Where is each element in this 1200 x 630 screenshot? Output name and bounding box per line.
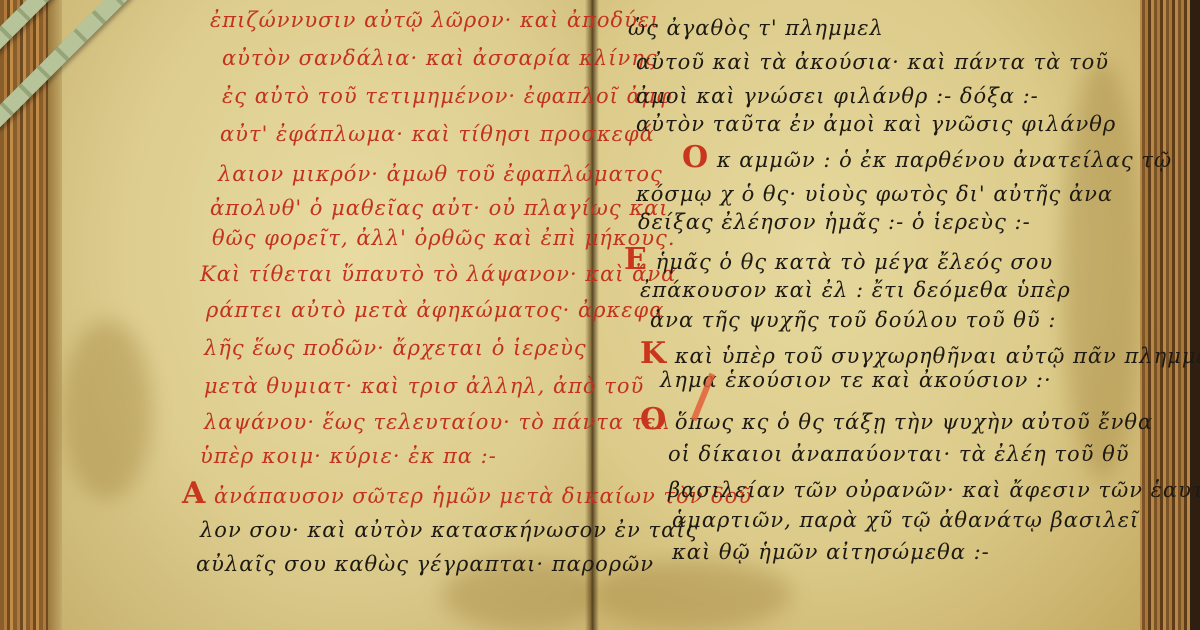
text-line: ράπτει αὐτὸ μετὰ ἀφηκώματος· ἀρκεφα bbox=[206, 298, 664, 322]
text-line: κ αμμῶν : ὁ ἐκ παρθένου ἀνατείλας τῷ bbox=[717, 148, 1172, 172]
background-shadow bbox=[1190, 0, 1200, 630]
text-line: καὶ ὑπὲρ τοῦ συγχωρηθῆναι αὐτῷ πᾶν πλημμ… bbox=[675, 344, 1200, 368]
rubric-initial: Ε bbox=[624, 242, 648, 277]
text-line: ἐπιζώννυσιν αὐτῷ λῶρον· καὶ ἀποδύει bbox=[210, 8, 659, 32]
text-line: ἡμᾶς ὁ θς κατὰ τὸ μέγα ἔλεός σου bbox=[656, 250, 1054, 274]
rubric-initial: Ο bbox=[682, 140, 709, 175]
text-line: Καὶ τίθεται ὕπαυτὸ τὸ λάψανον· καὶ ἄνα bbox=[200, 262, 676, 286]
water-stain bbox=[62, 320, 152, 500]
text-line: κόσμῳ χ ὁ θς· υἱοὺς φωτὸς δι' αὐτῆς ἀνα bbox=[636, 182, 1113, 206]
text-line-with-initial: Α ἀνάπαυσον σῶτερ ἡμῶν μετὰ δικαίων τὸν … bbox=[182, 476, 752, 511]
text-line: αὐτοῦ καὶ τὰ ἀκούσια· καὶ πάντα τὰ τοῦ bbox=[636, 50, 1109, 74]
text-line: δείξας ἐλέησον ἡμᾶς :- ὁ ἱερεὺς :- bbox=[638, 210, 1031, 234]
text-line: ὡς ἀγαθὸς τ' πλημμελ bbox=[628, 16, 884, 40]
text-line-with-initial: Ο ὅπως κς ὁ θς τάξῃ τὴν ψυχὴν αὐτοῦ ἔνθα bbox=[640, 402, 1153, 437]
text-line: ἀμοὶ καὶ γνώσει φιλάνθρ :- δόξα :- bbox=[636, 84, 1039, 108]
text-line: λαψάνου· ἕως τελευταίου· τὸ πάντα τελ bbox=[204, 410, 671, 434]
text-line: αὐλαῖς σου καθὼς γέγραπται· παρορῶν bbox=[196, 552, 654, 576]
text-line: αὐτ' ἐφάπλωμα· καὶ τίθησι προσκεφά bbox=[220, 122, 655, 146]
text-line: ὑπὲρ κοιμ· κύριε· ἐκ πα :- bbox=[200, 444, 497, 468]
rubric-initial: Α bbox=[182, 476, 206, 511]
text-line: ἐπάκουσον καὶ ἐλ : ἔτι δεόμεθα ὑπὲρ bbox=[640, 278, 1071, 302]
text-line: ἐς αὐτὸ τοῦ τετιμημένον· ἐφαπλοῖ ἀμφ bbox=[222, 84, 672, 108]
text-line: οἱ δίκαιοι ἀναπαύονται· τὰ ἐλέη τοῦ θῦ bbox=[668, 442, 1130, 466]
text-line: λῆς ἕως ποδῶν· ἄρχεται ὁ ἱερεὺς bbox=[204, 336, 587, 360]
text-line: αὐτὸν σανδάλια· καὶ ἀσσαρία κλίνης bbox=[222, 46, 658, 70]
text-line: ἀπολυθ' ὁ μαθεῖας αὐτ· οὐ πλαγίως και bbox=[210, 196, 669, 220]
text-line: αὐτὸν ταῦτα ἐν ἀμοὶ καὶ γνῶσις φιλάνθρ bbox=[636, 112, 1116, 136]
text-line: ἀνα τῆς ψυχῆς τοῦ δούλου τοῦ θῦ : bbox=[650, 308, 1056, 332]
text-line-with-initial: Ε ἡμᾶς ὁ θς κατὰ τὸ μέγα ἔλεός σου bbox=[624, 242, 1053, 277]
text-line: θῶς φορεῖτ, ἀλλ' ὀρθῶς καὶ ἐπὶ μήκους. bbox=[212, 226, 676, 250]
text-line: μετὰ θυμιατ· καὶ τρισ ἀλληλ, ἀπὸ τοῦ bbox=[204, 374, 644, 398]
text-line: λον σου· καὶ αὐτὸν κατασκήνωσον ἐν ταῖς bbox=[200, 518, 698, 542]
manuscript-scene: ἐπιζώννυσιν αὐτῷ λῶρον· καὶ ἀποδύει αὐτὸ… bbox=[0, 0, 1200, 630]
text-line: λαιον μικρόν· ἀμωθ τοῦ ἐφαπλώματος bbox=[218, 162, 663, 186]
text-line: καὶ θῷ ἡμῶν αἰτησώμεθα :- bbox=[672, 540, 990, 564]
text-line-with-initial: Ο κ αμμῶν : ὁ ἐκ παρθένου ἀνατείλας τῷ bbox=[622, 140, 1172, 175]
text-line: ὅπως κς ὁ θς τάξῃ τὴν ψυχὴν αὐτοῦ ἔνθα bbox=[675, 410, 1153, 434]
text-line-with-initial: Κ καὶ ὑπὲρ τοῦ συγχωρηθῆναι αὐτῷ πᾶν πλη… bbox=[640, 336, 1200, 371]
text-line: βασιλείαν τῶν οὐρανῶν· καὶ ἄφεσιν τῶν ἑα… bbox=[668, 478, 1200, 502]
rubric-initial: Κ bbox=[640, 336, 667, 371]
rubric-initial: Ο bbox=[640, 402, 667, 437]
text-line: ἁμαρτιῶν, παρὰ χῦ τῷ ἀθανάτῳ βασιλεῖ bbox=[672, 508, 1139, 532]
text-line: λημα ἑκούσιον τε καὶ ἀκούσιον :· bbox=[660, 368, 1052, 392]
